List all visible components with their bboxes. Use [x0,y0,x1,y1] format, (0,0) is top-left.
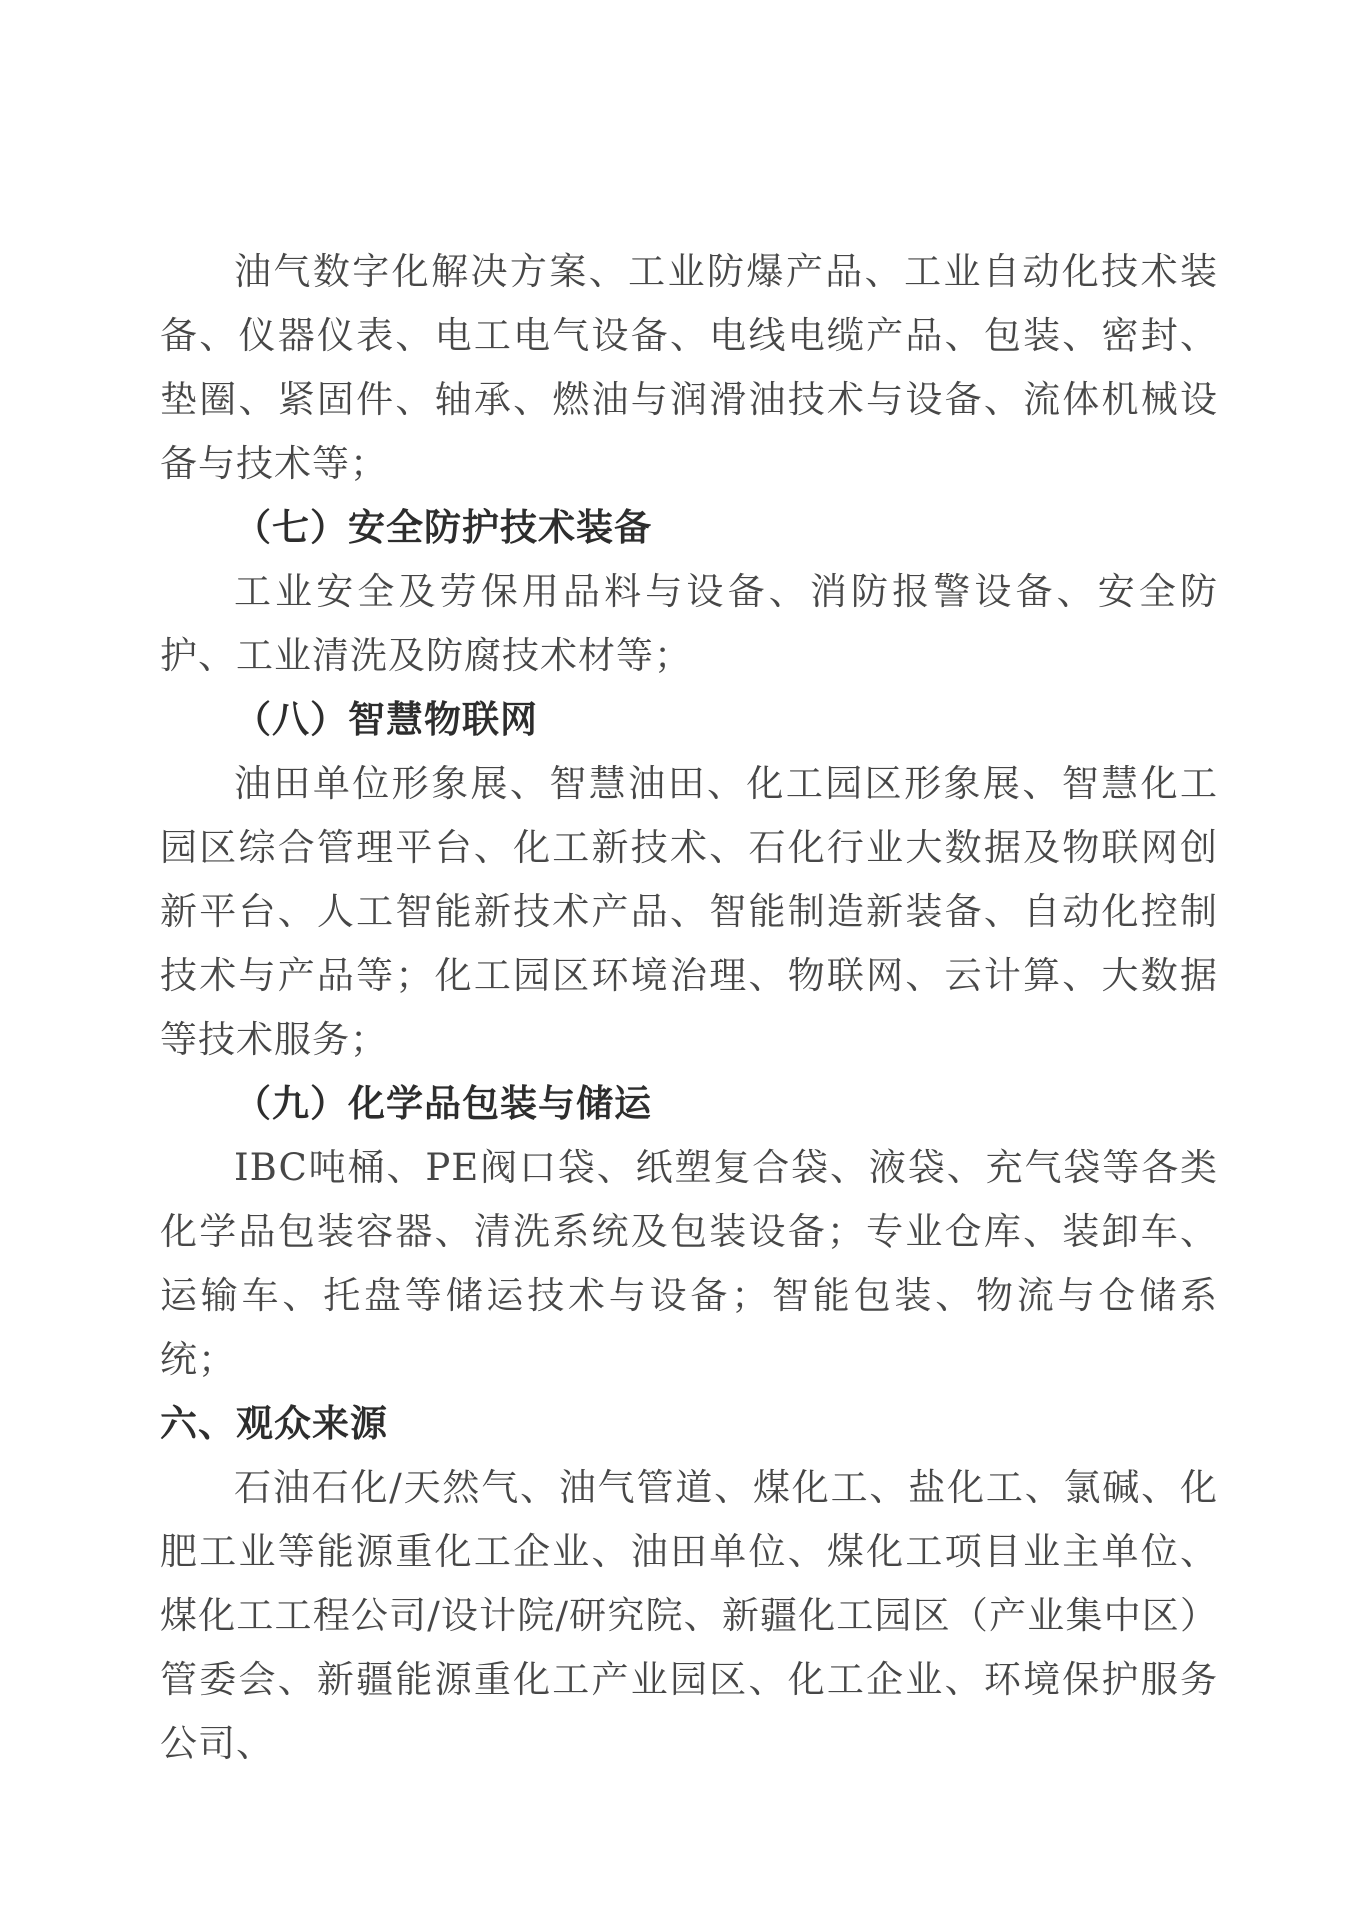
section-heading-8-smart-iot: （八）智慧物联网 [160,688,1218,752]
body-paragraph-audience-sources: 石油石化/天然气、油气管道、煤化工、盐化工、氯碱、化肥工业等能源重化工企业、油田… [160,1456,1218,1776]
body-paragraph-section-9: IBC吨桶、PE阀口袋、纸塑复合袋、液袋、充气袋等各类化学品包装容器、清洗系统及… [160,1136,1218,1392]
body-paragraph-exhibit-items-6: 油气数字化解决方案、工业防爆产品、工业自动化技术装备、仪器仪表、电工电气设备、电… [160,240,1218,496]
body-paragraph-section-8: 油田单位形象展、智慧油田、化工园区形象展、智慧化工园区综合管理平台、化工新技术、… [160,752,1218,1072]
document-body: 油气数字化解决方案、工业防爆产品、工业自动化技术装备、仪器仪表、电工电气设备、电… [160,240,1218,1776]
body-paragraph-section-7: 工业安全及劳保用品料与设备、消防报警设备、安全防护、工业清洗及防腐技术材等； [160,560,1218,688]
section-heading-7-safety-protection: （七）安全防护技术装备 [160,496,1218,560]
chapter-heading-6-audience-sources: 六、观众来源 [160,1392,1218,1456]
document-page: 油气数字化解决方案、工业防爆产品、工业自动化技术装备、仪器仪表、电工电气设备、电… [0,0,1358,1920]
section-heading-9-chemical-packaging: （九）化学品包装与储运 [160,1072,1218,1136]
